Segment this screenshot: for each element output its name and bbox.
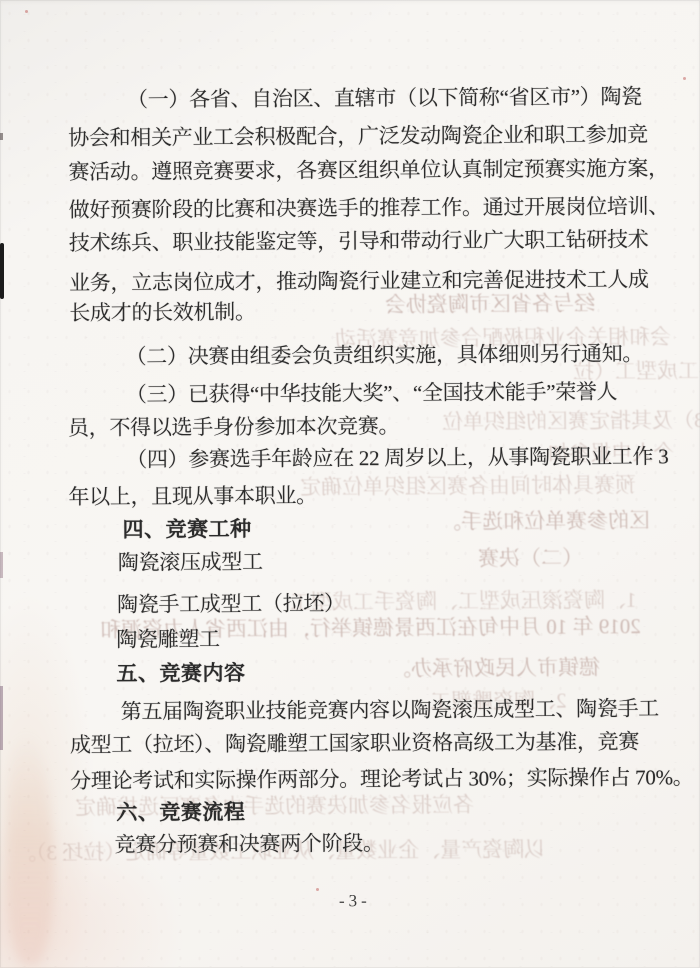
section-heading: 四、竞赛工种 [123, 515, 252, 544]
document-line: 成型工（拉坯）、陶瓷雕塑工国家职业资格高级工为基准，竞赛 [70, 727, 639, 758]
document-line: 协会和相关产业工会积极配合，广泛发动陶瓷企业和职工参加竞 [68, 120, 648, 152]
scanned-page: 经与各省区市陶瓷协会 会和相关企业积极配合参加竞赛活动 手工成型工（拉 3）及其… [0, 0, 700, 968]
document-line: 技术练兵、职业技能鉴定等，引导和带动行业广大职工钻研技术 [69, 225, 649, 257]
document-line: （二）决赛由组委会负责组织实施，具体细则另行通知。 [125, 339, 643, 370]
scan-edge-mark [0, 686, 3, 750]
document-line: 长成才的长效机制。 [69, 298, 255, 327]
document-line: （四）参赛选手年龄应在 22 周岁以上，从事陶瓷职业工作 3 [126, 442, 668, 473]
document-line: 竞赛分预赛和决赛两个阶段。 [114, 829, 383, 859]
document-line: 做好预赛阶段的比赛和决赛选手的推荐工作。通过开展岗位培训、 [69, 192, 669, 224]
document-line: 陶瓷滚压成型工 [118, 548, 263, 577]
document-line: （一）各省、自治区、直辖市（以下简称“省区市”）陶瓷 [127, 82, 642, 113]
document-line: 业务，立志岗位成才，推动陶瓷行业建立和完善促进技术工人成 [69, 265, 649, 297]
section-heading: 六、竞赛流程 [116, 798, 245, 827]
document-line: 第五届陶瓷职业技能竞赛内容以陶瓷滚压成型工、陶瓷手工 [121, 694, 659, 725]
document-line: 分理论考试和实际操作两部分。理论考试占 30%；实际操作占 70%。 [70, 763, 693, 795]
document-text: （一）各省、自治区、直辖市（以下简称“省区市”）陶瓷 协会和相关产业工会积极配合… [0, 0, 700, 968]
document-line: 赛活动。遵照竞赛要求，各赛区组织单位认真制定预赛实施方案， [68, 154, 668, 186]
document-line: 员，不得以选手身份参加本次竞赛。 [68, 412, 399, 442]
document-line: 年以上，且现从事本职业。 [68, 481, 317, 511]
document-line: （三）已获得“中华技能大奖”、“全国技术能手”荣誉人 [126, 378, 618, 409]
page-number: -3- [5, 889, 700, 913]
section-heading: 五、竞赛内容 [116, 659, 245, 688]
document-line: 陶瓷雕塑工 [116, 625, 220, 654]
document-line: 陶瓷手工成型工（拉坯） [117, 589, 345, 618]
